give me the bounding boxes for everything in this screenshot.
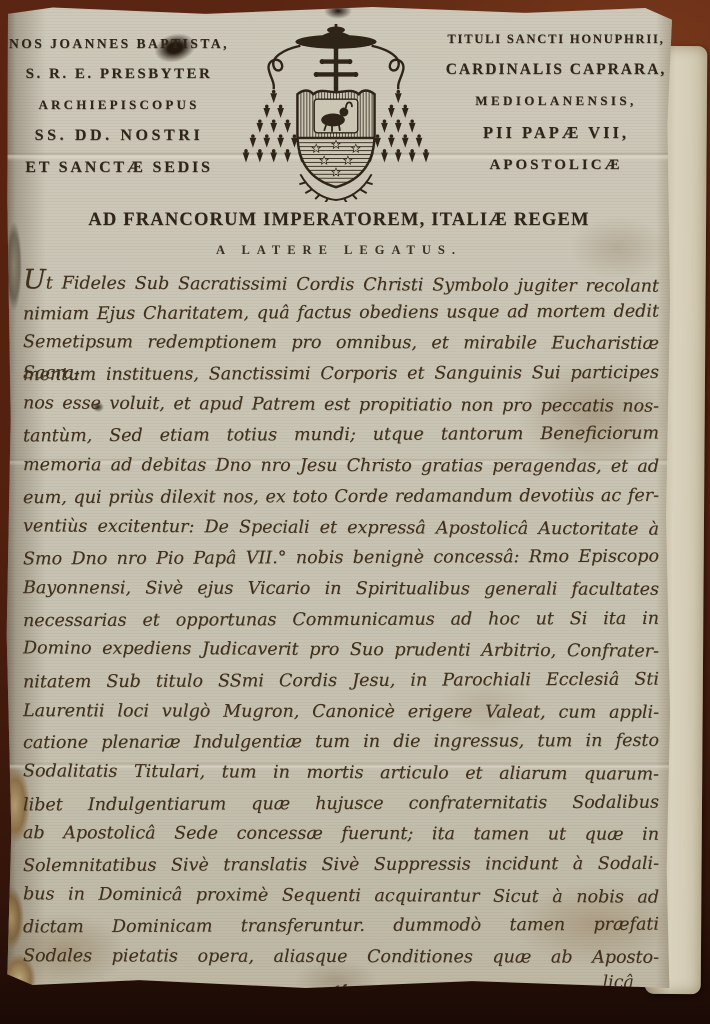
catchword: licâ [603,973,634,993]
manuscript-line: ab Apostolicâ Sede concessæ fuerunt; ita… [23,819,659,851]
letterhead-line: APOSTOLICÆ [489,157,622,174]
manuscript-line: Domino expediens Judicaverit pro Suo pru… [23,634,659,668]
end-mark: // [325,980,347,1017]
manuscript-line: libet Indulgentiarum quæ hujusce confrat… [23,787,659,820]
manuscript-line: dictam Dominicam transferuntur. dummodò … [23,910,659,943]
document-page: NOS JOANNES BAPTISTA, S. R. E. PRESBYTER… [6,6,672,988]
letterhead-line: MEDIOLANENSIS, [475,93,636,109]
manuscript-line: bus in Dominicâ proximè Sequenti acquira… [23,879,659,913]
manuscript-line: catione plenariæ Indulgentiæ tum in die … [23,726,659,759]
manuscript-line: Ut Fideles Sub Sacratissimi Cordis Chris… [23,265,659,299]
legate-line: A LATERE LEGATUS. [6,243,672,258]
manuscript-line: ventiùs excitentur: De Speciali et expre… [23,511,659,545]
manuscript-line: Smo Dno nro Pio Papâ VII.° nobis benignè… [23,542,659,575]
letterhead-line: S. R. E. PRESBYTER [26,66,213,83]
letterhead-line: NOS JOANNES BAPTISTA, [9,36,229,52]
manuscript-line: Semetipsum redemptionem pro omnibus, et … [23,328,659,360]
manuscript-line: necessarias et opportunas Communicamus a… [23,603,659,636]
manuscript-line: memoria ad debitas Dno nro Jesu Christo … [23,450,659,482]
letterhead-line: CARDINALIS CAPRARA, [446,61,667,79]
printed-letterhead: NOS JOANNES BAPTISTA, S. R. E. PRESBYTER… [6,6,672,202]
manuscript-line: nitatem Sub titulo SSmi Cordis Jesu, in … [23,665,659,698]
manuscript-line: mentum instituens, Sanctissimi Corporis … [23,358,659,391]
manuscript-line: nos esse voluit, et apud Patrem est prop… [23,388,659,422]
letterhead-right-column: TITULI SANCTI HONUPHRII, CARDINALIS CAPR… [440,22,672,202]
spine-tatter [6,221,22,311]
letterhead-line: TITULI SANCTI HONUPHRII, [447,32,664,47]
letterhead-line: ET SANCTÆ SEDIS [25,159,213,177]
page-footer-area: licâ // [6,973,672,1024]
address-line: AD FRANCORUM IMPERATOREM, ITALIÆ REGEM [6,210,672,231]
manuscript-line: Sodales pietatis opera, aliasque Conditi… [23,941,659,973]
manuscript-line: tantùm, Sed etiam totius mundi; utque ta… [23,419,659,452]
cardinal-coat-of-arms-icon [235,22,437,202]
manuscript-line: Bayonnensi, Sivè ejus Vicario in Spiritu… [23,573,659,605]
manuscript-line: Sodalitatis Titulari, tum in mortis arti… [23,756,659,790]
manuscript-line: Laurentii loci vulgò Mugron, Canonicè er… [23,696,659,728]
letterhead-line: ARCHIEPISCOPUS [38,97,199,113]
letterhead-left-column: NOS JOANNES BAPTISTA, S. R. E. PRESBYTER… [6,22,232,202]
photo-background-wood: NOS JOANNES BAPTISTA, S. R. E. PRESBYTER… [0,0,710,1024]
manuscript-line: eum, qui priùs dilexit nos, ex toto Cord… [23,481,659,514]
letterhead-line: SS. DD. NOSTRI [35,127,204,145]
letterhead-line: PII PAPÆ VII, [483,123,629,143]
manuscript-line: nimiam Ejus Charitatem, quâ factus obedi… [23,296,659,329]
manuscript-body: Ut Fideles Sub Sacratissimi Cordis Chris… [6,258,672,973]
manuscript-line: Solemnitatibus Sivè translatis Sivè Supp… [23,849,659,882]
